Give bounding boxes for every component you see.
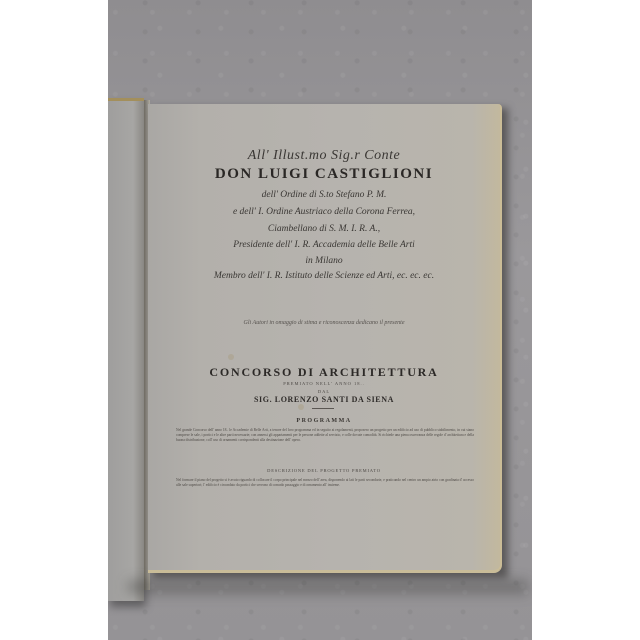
dedicatee-title-line: Ciambellano di S. M. I. R. A., <box>148 224 500 234</box>
by-line: DAL <box>148 389 500 394</box>
dedicatee-title-line: in Milano <box>148 256 500 266</box>
dedicatee-title-line: e dell' I. Ordine Austriaco della Corona… <box>148 207 500 217</box>
dedication-salutation: All' Illust.mo Sig.r Conte <box>148 148 500 164</box>
book-shadow <box>128 580 528 594</box>
dedicatee-title-line: dell' Ordine di S.to Stefano P. M. <box>148 190 500 200</box>
left-facing-page <box>108 98 144 601</box>
dedicatee-title-line: Presidente dell' I. R. Accademia delle B… <box>148 240 500 250</box>
dedication-motto: Gli Autori in omaggio di stima e riconos… <box>148 320 500 326</box>
dedicatee-title-line: Membro dell' I. R. Istituto delle Scienz… <box>148 271 500 281</box>
programma-text: Nel grande Concorso dell' anno 18.. le A… <box>176 428 474 444</box>
book-photograph: All' Illust.mo Sig.r Conte DON LUIGI CAS… <box>108 0 532 640</box>
award-year-line: PREMIATO NELL' ANNO 18.. <box>148 381 500 386</box>
descrizione-heading: DESCRIZIONE DEL PROGETTO PREMIATO <box>148 468 500 473</box>
descrizione-text: Nel formare il piano del progetto si è a… <box>176 478 474 488</box>
divider-rule <box>312 408 334 409</box>
dedicatee-name: DON LUIGI CASTIGLIONI <box>148 166 500 183</box>
title-page: All' Illust.mo Sig.r Conte DON LUIGI CAS… <box>148 104 502 573</box>
page-content: All' Illust.mo Sig.r Conte DON LUIGI CAS… <box>148 104 500 570</box>
programma-heading: PROGRAMMA <box>148 418 500 424</box>
architect-name: SIG. LORENZO SANTI DA SIENA <box>148 395 500 404</box>
document-title: CONCORSO DI ARCHITETTURA <box>148 365 500 380</box>
